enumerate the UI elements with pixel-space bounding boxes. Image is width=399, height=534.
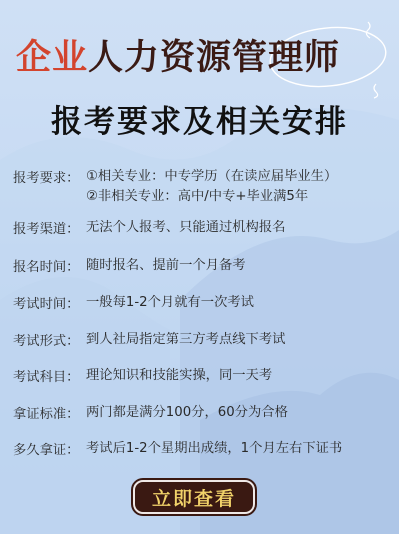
row-label: 报考要求：	[13, 167, 86, 207]
info-row-exam-time: 考试时间： 一般每1-2个月就有一次考试	[13, 293, 254, 313]
row-label: 报考渠道：	[13, 218, 86, 238]
info-row-certificate-time: 多久拿证： 考试后1-2个星期出成绩，1个月左右下证书	[13, 439, 342, 459]
info-row-pass-standard: 拿证标准： 两门都是满分100分，60分为合格	[13, 403, 288, 423]
row-value: 一般每1-2个月就有一次考试	[86, 293, 254, 313]
view-now-button[interactable]: 立即查看	[133, 480, 255, 514]
row-label: 考试科目：	[13, 366, 86, 386]
row-label: 多久拿证：	[13, 439, 86, 459]
row-label: 考试形式：	[13, 330, 86, 350]
row-label: 报名时间：	[13, 256, 86, 276]
row-value: 无法个人报考、只能通过机构报名	[86, 218, 285, 238]
row-value: 考试后1-2个星期出成绩，1个月左右下证书	[86, 439, 342, 459]
row-value: ①相关专业：中专学历（在读应届毕业生）	[86, 167, 337, 187]
row-value: ②非相关专业：高中/中专+毕业满5年	[86, 187, 337, 207]
row-value: 两门都是满分100分，60分为合格	[86, 403, 288, 423]
row-value: 到人社局指定第三方考点线下考试	[86, 330, 285, 350]
title-rest: 人力资源管理师	[88, 38, 340, 78]
info-row-registration-time: 报名时间： 随时报名、提前一个月备考	[13, 256, 246, 276]
page-subtitle: 报考要求及相关安排	[0, 96, 399, 141]
page-title: 企业人力资源管理师	[16, 30, 340, 80]
row-value: 理论知识和技能实操，同一天考	[86, 366, 272, 386]
row-label: 拿证标准：	[13, 403, 86, 423]
info-row-channel: 报考渠道： 无法个人报考、只能通过机构报名	[13, 218, 285, 238]
info-row-exam-format: 考试形式： 到人社局指定第三方考点线下考试	[13, 330, 285, 350]
title-highlight: 企业	[16, 38, 88, 78]
row-value: 随时报名、提前一个月备考	[86, 256, 246, 276]
info-row-requirements: 报考要求： ①相关专业：中专学历（在读应届毕业生）②非相关专业：高中/中专+毕业…	[13, 167, 337, 207]
row-label: 考试时间：	[13, 293, 86, 313]
info-row-exam-subjects: 考试科目： 理论知识和技能实操，同一天考	[13, 366, 272, 386]
